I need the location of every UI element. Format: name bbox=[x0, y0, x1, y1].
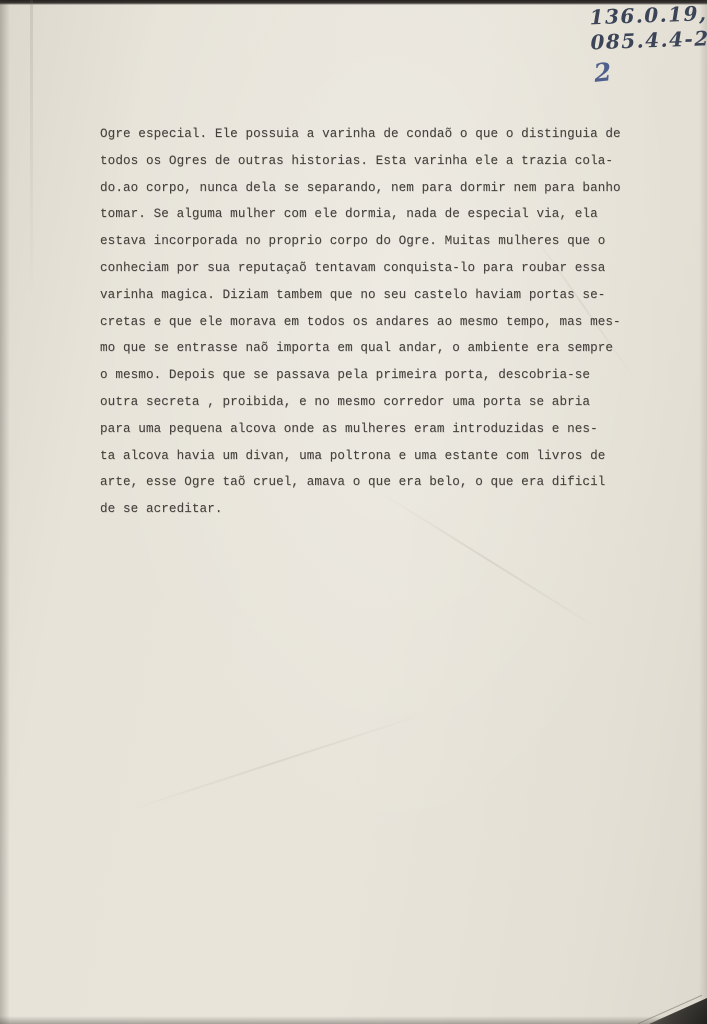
typed-line: o mesmo. Depois que se passava pela prim… bbox=[100, 362, 645, 389]
archival-code-line-2: 085.4.4-2 bbox=[590, 26, 707, 56]
typed-line: arte, esse Ogre taõ cruel, amava o que e… bbox=[100, 469, 645, 496]
typed-line: outra secreta , proibida, e no mesmo cor… bbox=[100, 389, 645, 416]
typed-line: mo que se entrasse naõ importa em qual a… bbox=[100, 335, 645, 362]
scanned-document-page: 136.0.19,2 085.4.4-2 2 Ogre especial. El… bbox=[0, 0, 707, 1024]
paper-crease bbox=[30, 0, 33, 300]
scan-edge-right bbox=[699, 0, 707, 1024]
scan-edge-bottom bbox=[0, 1016, 707, 1024]
typed-line: varinha magica. Diziam tambem que no seu… bbox=[100, 282, 645, 309]
typed-line: ta alcova havia um divan, uma poltrona e… bbox=[100, 443, 645, 470]
typed-line: Ogre especial. Ele possuia a varinha de … bbox=[100, 121, 645, 148]
typewritten-paragraph: Ogre especial. Ele possuia a varinha de … bbox=[100, 121, 645, 523]
typed-line: do.ao corpo, nunca dela se separando, ne… bbox=[100, 175, 645, 202]
typed-line: de se acreditar. bbox=[100, 496, 645, 523]
typed-line: conheciam por sua reputaçaõ tentavam con… bbox=[100, 255, 645, 282]
typed-line: estava incorporada no proprio corpo do O… bbox=[100, 228, 645, 255]
typed-line: cretas e que ele morava em todos os anda… bbox=[100, 309, 645, 336]
page-number: 2 bbox=[593, 57, 613, 88]
archival-codes: 136.0.19,2 085.4.4-2 bbox=[589, 1, 707, 56]
typed-line: tomar. Se alguma mulher com ele dormia, … bbox=[100, 201, 645, 228]
scan-edge-left bbox=[0, 0, 10, 1024]
typed-line: para uma pequena alcova onde as mulheres… bbox=[100, 416, 645, 443]
paper-crease bbox=[128, 711, 433, 812]
typed-line: todos os Ogres de outras historias. Esta… bbox=[100, 148, 645, 175]
